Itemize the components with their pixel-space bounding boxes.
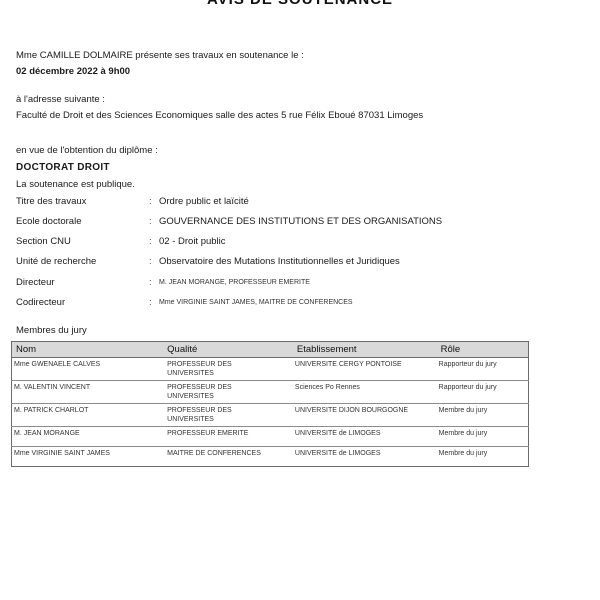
qualite-line-2: UNIVERSITES <box>167 416 214 423</box>
detail-value: 02 - Droit public <box>159 236 226 247</box>
address-label: à l'adresse suivante : <box>16 94 105 105</box>
cell-nom: M. VALENTIN VINCENT <box>12 381 166 404</box>
detail-label: Ecole doctorale <box>16 216 81 227</box>
cell-nom: Mme GWENAELE CALVES <box>12 358 166 381</box>
jury-header-row: Nom Qualité Etablissement Rôle <box>12 342 529 358</box>
detail-value: GOUVERNANCE DES INSTITUTIONS ET DES ORGA… <box>159 216 442 227</box>
detail-value: M. JEAN MORANGE, PROFESSEUR EMERITE <box>159 279 310 286</box>
defense-date: 02 décembre 2022 à 9h00 <box>16 66 130 77</box>
qualite-line-1: PROFESSEUR DES <box>167 407 232 414</box>
header-nom: Nom <box>12 342 166 358</box>
table-row: M. VALENTIN VINCENT PROFESSEUR DESUNIVER… <box>12 381 529 404</box>
page-title: AVIS DE SOUTENANCE <box>0 0 600 8</box>
detail-value: Mme VIRGINIE SAINT JAMES, MAITRE DE CONF… <box>159 299 353 306</box>
diploma-name: DOCTORAT DROIT <box>16 162 110 173</box>
table-row: M. JEAN MORANGE PROFESSEUR EMERITE UNIVE… <box>12 427 529 447</box>
qualite-line-2: UNIVERSITES <box>167 393 214 400</box>
cell-role: Rapporteur du jury <box>437 381 529 404</box>
cell-role: Membre du jury <box>437 447 529 467</box>
qualite-line-2: UNIVERSITES <box>167 370 214 377</box>
cell-role: Membre du jury <box>437 404 529 427</box>
detail-value: Observatoire des Mutations Institutionne… <box>159 256 400 267</box>
detail-label: Unité de recherche <box>16 256 96 267</box>
table-row: M. PATRICK CHARLOT PROFESSEUR DESUNIVERS… <box>12 404 529 427</box>
cell-etablissement: Sciences Po Rennes <box>293 381 437 404</box>
jury-caption: Membres du jury <box>16 325 87 336</box>
cell-qualite: PROFESSEUR DESUNIVERSITES <box>165 381 293 404</box>
detail-label: Directeur <box>16 277 55 288</box>
address: Faculté de Droit et des Sciences Economi… <box>16 110 423 121</box>
cell-etablissement: UNIVERSITE de LIMOGES <box>293 427 437 447</box>
cell-role: Membre du jury <box>437 427 529 447</box>
cell-qualite: PROFESSEUR DESUNIVERSITES <box>165 358 293 381</box>
presenter-line: Mme CAMILLE DOLMAIRE présente ses travau… <box>16 50 304 61</box>
cell-role: Rapporteur du jury <box>437 358 529 381</box>
detail-separator: : <box>149 236 152 247</box>
qualite-line-1: PROFESSEUR DES <box>167 384 232 391</box>
detail-separator: : <box>149 216 152 227</box>
table-row: Mme VIRGINIE SAINT JAMES MAITRE DE CONFE… <box>12 447 529 467</box>
header-role: Rôle <box>437 342 529 358</box>
detail-separator: : <box>149 256 152 267</box>
detail-label: Codirecteur <box>16 297 65 308</box>
detail-label: Section CNU <box>16 236 71 247</box>
cell-etablissement: UNIVERSITE DIJON BOURGOGNE <box>293 404 437 427</box>
cell-nom: M. JEAN MORANGE <box>12 427 166 447</box>
detail-label: Titre des travaux <box>16 196 86 207</box>
jury-table: Nom Qualité Etablissement Rôle Mme GWENA… <box>11 341 529 467</box>
table-row: Mme GWENAELE CALVES PROFESSEUR DESUNIVER… <box>12 358 529 381</box>
detail-separator: : <box>149 277 152 288</box>
cell-qualite: PROFESSEUR DESUNIVERSITES <box>165 404 293 427</box>
cell-etablissement: UNIVERSITE CERGY PONTOISE <box>293 358 437 381</box>
diploma-label: en vue de l'obtention du diplôme : <box>16 145 158 156</box>
detail-separator: : <box>149 196 152 207</box>
cell-qualite: MAITRE DE CONFERENCES <box>165 447 293 467</box>
detail-value: Ordre public et laïcité <box>159 196 249 207</box>
qualite-line-1: PROFESSEUR DES <box>167 361 232 368</box>
detail-separator: : <box>149 297 152 308</box>
cell-nom: Mme VIRGINIE SAINT JAMES <box>12 447 166 467</box>
cell-qualite: PROFESSEUR EMERITE <box>165 427 293 447</box>
public-notice: La soutenance est publique. <box>16 179 135 190</box>
cell-nom: M. PATRICK CHARLOT <box>12 404 166 427</box>
header-qualite: Qualité <box>165 342 293 358</box>
header-etablissement: Etablissement <box>293 342 437 358</box>
cell-etablissement: UNIVERSITE de LIMOGES <box>293 447 437 467</box>
